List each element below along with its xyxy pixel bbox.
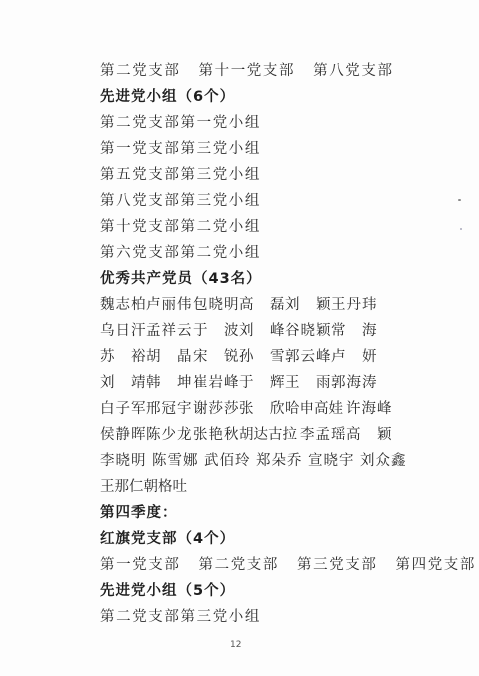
member-name: 乌日汗 bbox=[100, 322, 147, 340]
member-name: 刘 靖 bbox=[100, 374, 147, 392]
member-name: 魏志柏 bbox=[100, 296, 147, 314]
red-flag-branch-list: 第一党支部第二党支部第三党支部第四党支部 bbox=[100, 556, 476, 574]
group-item: 第八党支部第三党小组 bbox=[100, 192, 261, 210]
member-name: 李晓明 bbox=[100, 452, 147, 470]
group-item: 第二党支部第一党小组 bbox=[100, 114, 261, 132]
member-name: 刘众鑫 bbox=[360, 452, 407, 470]
document-page: 第二党支部第十一党支部第八党支部 先进党小组（6个） 第二党支部第一党小组 第一… bbox=[0, 0, 479, 676]
branch-name: 第四党支部 bbox=[396, 557, 477, 573]
member-name: 孟祥云 bbox=[146, 322, 193, 340]
member-name: 哈申高娃 bbox=[285, 400, 343, 418]
member-name: 宋 锐 bbox=[193, 348, 240, 366]
member-name: 刘 颖 bbox=[285, 296, 332, 314]
member-name: 侯静晖 bbox=[100, 426, 147, 444]
member-name: 陈少龙 bbox=[146, 426, 193, 444]
member-name: 谷晓颖 bbox=[285, 322, 332, 340]
group-item: 第二党支部第三党小组 bbox=[100, 608, 261, 626]
branch-name: 第一党支部 bbox=[100, 557, 181, 573]
branch-name: 第二党支部 bbox=[199, 557, 280, 573]
member-name: 包晓明 bbox=[193, 296, 240, 314]
member-name: 张艳秋 bbox=[193, 426, 240, 444]
member-name: 刘 峰 bbox=[239, 322, 286, 340]
member-name: 白子军 bbox=[100, 400, 147, 418]
member-name: 王 雨 bbox=[285, 374, 332, 392]
member-name: 胡 晶 bbox=[146, 348, 193, 366]
section-heading-q4-advanced-groups: 先进党小组（5个） bbox=[100, 582, 235, 600]
scan-speck bbox=[458, 199, 461, 201]
branch-name: 第三党支部 bbox=[297, 557, 378, 573]
continuation-branch-list: 第二党支部第十一党支部第八党支部 bbox=[100, 62, 394, 80]
member-name: 李孟瑶 bbox=[300, 426, 347, 444]
member-name: 王那仁朝格吐 bbox=[100, 478, 187, 496]
scan-speck bbox=[460, 228, 462, 230]
member-name: 武佰玲 bbox=[204, 452, 251, 470]
member-name: 常 海 bbox=[331, 322, 378, 340]
member-name: 孙 雪 bbox=[239, 348, 286, 366]
member-name: 郭云峰 bbox=[285, 348, 332, 366]
member-name: 郭海涛 bbox=[331, 374, 378, 392]
member-name: 胡达古拉 bbox=[239, 426, 297, 444]
member-name: 王丹玮 bbox=[331, 296, 378, 314]
member-name: 卢丽伟 bbox=[146, 296, 193, 314]
member-name: 许海峰 bbox=[346, 400, 393, 418]
group-item: 第一党支部第三党小组 bbox=[100, 140, 261, 158]
branch-name: 第二党支部 bbox=[100, 63, 181, 79]
section-heading-red-flag-branches: 红旗党支部（4个） bbox=[100, 530, 235, 548]
member-name: 谢莎莎 bbox=[193, 400, 240, 418]
group-item: 第五党支部第三党小组 bbox=[100, 166, 261, 184]
group-item: 第六党支部第二党小组 bbox=[100, 244, 261, 262]
section-heading-outstanding-members: 优秀共产党员（43名） bbox=[100, 270, 262, 288]
section-heading-q4: 第四季度： bbox=[100, 504, 178, 522]
member-name: 于 波 bbox=[193, 322, 240, 340]
group-item: 第十党支部第二党小组 bbox=[100, 218, 261, 236]
member-name: 卢 妍 bbox=[331, 348, 378, 366]
member-name: 崔岩峰 bbox=[193, 374, 240, 392]
member-name: 高 颖 bbox=[346, 426, 393, 444]
member-name: 张 欣 bbox=[239, 400, 286, 418]
member-name: 邢冠宇 bbox=[146, 400, 193, 418]
member-name: 宣晓宇 bbox=[308, 452, 355, 470]
section-heading-advanced-groups: 先进党小组（6个） bbox=[100, 88, 235, 106]
page-number: 12 bbox=[230, 640, 241, 650]
member-name: 陈雪娜 bbox=[152, 452, 199, 470]
member-name: 韩 坤 bbox=[146, 374, 193, 392]
member-name: 于 辉 bbox=[239, 374, 286, 392]
member-name: 高 磊 bbox=[239, 296, 286, 314]
member-name: 郑朵乔 bbox=[256, 452, 303, 470]
branch-name: 第十一党支部 bbox=[199, 63, 296, 79]
branch-name: 第八党支部 bbox=[313, 63, 394, 79]
member-name: 苏 裕 bbox=[100, 348, 147, 366]
